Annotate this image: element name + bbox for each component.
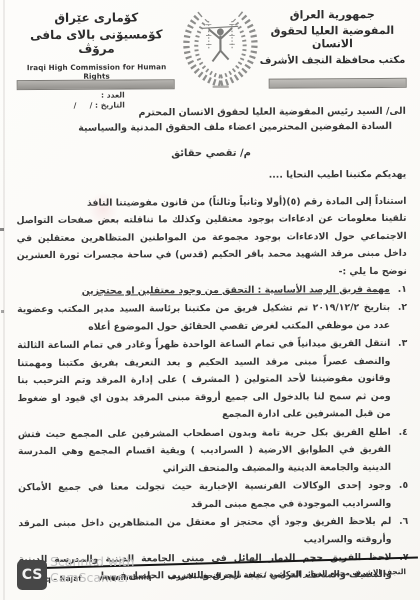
commission-title: المفوضية العليا لحقوق الانسان <box>256 24 408 51</box>
list-item: ٥. وجود إحدى الوكالات الفرنسية الإخبارية… <box>18 477 408 514</box>
list-item-text: مهمة فريق الرصد الأساسية : التحقق من وجو… <box>17 281 390 301</box>
header-arabic-block: جمهورية العراق المفوضية العليا لحقوق الا… <box>256 8 408 67</box>
subject-line: م/ تقصي حقائق <box>16 146 406 159</box>
country-title: جمهورية العراق <box>256 8 408 22</box>
list-item-number: ٣. <box>394 335 408 422</box>
list-item-text: اطلع الفريق بكل حرية تامة وبدون اصطحاب ا… <box>18 424 391 479</box>
camscanner-watermark-text: Scanned with CamScanner <box>50 554 134 585</box>
list-item-text: لم يلاحظ الفريق وجود أي محتجز او معتقل م… <box>18 513 391 550</box>
header-divider-bar-left <box>17 79 175 90</box>
list-item-text: بتاريخ ٢٠١٩/١٢/٢ تم تشكيل فريق من مكتبنا… <box>17 299 390 336</box>
commission-title-kurdish: کۆمسیۆنی بالای مافی مرۆڤ <box>12 27 180 56</box>
header-divider-bar-right <box>269 78 407 89</box>
watermark-line-2: CamScanner <box>50 570 134 586</box>
list-item: ١. مهمة فريق الرصد الأساسية : التحقق من … <box>17 281 407 301</box>
ihchr-wreath-emblem-icon <box>175 5 266 92</box>
list-item-number: ٢. <box>394 299 407 334</box>
list-item: ٦. لم يلاحظ الفريق وجود أي محتجز او معتق… <box>18 513 408 550</box>
letter-sheet: جمهورية العراق المفوضية العليا لحقوق الا… <box>0 0 420 600</box>
ref-number-label: العدد : <box>35 91 125 102</box>
watermark-line-1: Scanned with <box>50 554 134 570</box>
intro-paragraph: تلقينا معلومات عن ادعاءات بوجود معتقلين … <box>16 210 406 282</box>
emblem-caption <box>213 86 229 88</box>
country-title-kurdish: کۆماری عێراق <box>12 10 180 25</box>
findings-list: ١. مهمة فريق الرصد الأساسية : التحقق من … <box>17 281 409 586</box>
list-item-number: ٦. <box>395 513 408 548</box>
list-item-text: انتقل الفريق ميدانياً في تمام الساعة الو… <box>17 335 391 425</box>
header-kurdish-block: کۆماری عێراق کۆمسیۆنی بالای مافی مرۆڤ Ir… <box>12 10 180 81</box>
letter-body: الى/ السيد رئيس المفوضية العليا لحقوق ال… <box>16 106 409 586</box>
list-item-number: ٤. <box>395 424 408 476</box>
list-item: ٢. بتاريخ ٢٠١٩/١٢/٢ تم تشكيل فريق من مكت… <box>17 299 407 336</box>
addressee-line-1: الى/ السيد رئيس المفوضية العليا لحقوق ال… <box>16 106 406 121</box>
scanned-letter-page: { "header": { "right": { "line1": "جمهور… <box>0 0 420 600</box>
greeting-line: يهديكم مكتبنا اطيب التحايا .... <box>16 168 406 181</box>
list-item-text: وجود إحدى الوكالات الفرنسية الإخبارية حي… <box>18 477 391 514</box>
list-item-number: ١. <box>394 281 407 299</box>
camscanner-logo-icon: CS <box>17 560 47 590</box>
office-title: مكتب محافظة النجف الأشرف <box>257 55 409 67</box>
list-item: ٣. انتقل الفريق ميدانياً في تمام الساعة … <box>17 335 408 425</box>
list-item: ٤. اطلع الفريق بكل حرية تامة وبدون اصطحا… <box>18 424 408 479</box>
camscanner-logo-text: CS <box>22 567 43 583</box>
addressee-line-2: السادة المفوضين المحترمين اعضاء ملف الحق… <box>20 121 406 136</box>
list-item-number: ٥. <box>395 477 408 512</box>
